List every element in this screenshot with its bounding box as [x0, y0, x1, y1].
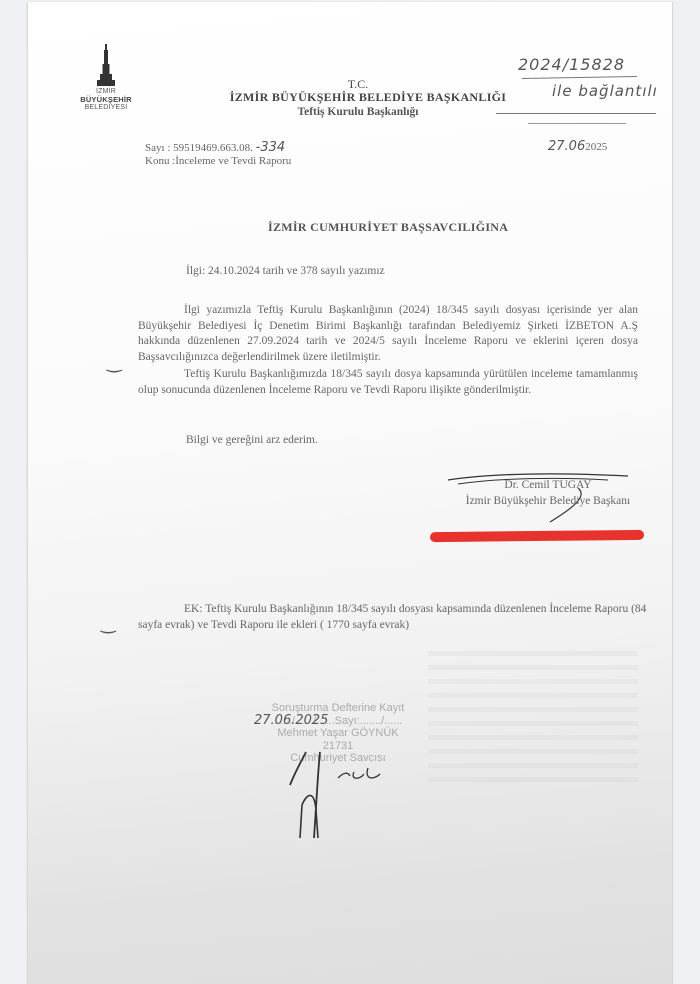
document-date: 27.062025: [548, 138, 607, 154]
header-department: Teftiş Kurulu Başkanlığı: [228, 106, 488, 118]
logo-line-2: BÜYÜKŞEHİR: [78, 96, 134, 104]
red-highlight-underline: [430, 530, 644, 542]
clock-tower-icon: [96, 44, 116, 88]
body-paragraph-1: İlgi yazımızla Teftiş Kurulu Başkanlığın…: [138, 303, 638, 365]
date-year: 2025: [585, 141, 607, 153]
signature-block: Dr. Cemil TUGAY İzmir Büyükşehir Belediy…: [438, 477, 658, 509]
reference-number: Sayı : 59519469.663.08. -334: [145, 140, 285, 155]
sayi-value: : 59519469.663.08.: [167, 142, 253, 154]
margin-mark: ‿: [101, 613, 115, 634]
sayi-handwritten: -334: [256, 140, 286, 155]
handwritten-file-number: 2024/15828: [518, 55, 625, 74]
sayi-label: Sayı: [145, 142, 165, 154]
subject-line: Konu :İnceleme ve Tevdi Raporu: [145, 155, 291, 167]
bleed-through-text: [428, 642, 638, 791]
body-paragraph-2: Teftiş Kurulu Başkanlığımızda 18/345 say…: [138, 367, 638, 398]
konu-value: :İnceleme ve Tevdi Raporu: [172, 155, 291, 167]
stamp-line-3: Mehmet Yaşar GÖYNÜK: [243, 727, 433, 740]
underline: [522, 76, 637, 79]
handwritten-note: ile bağlantılı: [552, 82, 658, 100]
date-handwritten: 27.06: [548, 139, 585, 154]
document-page: İZMİR BÜYÜKŞEHİR BELEDİYESİ T.C. İZMİR B…: [27, 2, 673, 984]
attachment-note: EK: Teftiş Kurulu Başkanlığının 18/345 s…: [138, 601, 658, 633]
signatory-title: İzmir Büyükşehir Belediye Başkanı: [438, 493, 658, 509]
konu-label: Konu: [145, 155, 169, 167]
header-institution: İZMİR BÜYÜKŞEHİR BELEDİYE BAŞKANLIĞI: [218, 90, 518, 105]
signatory-name: Dr. Cemil TUGAY: [438, 477, 658, 493]
underline: [496, 113, 656, 114]
closing-line: Bilgi ve gereğini arz ederim.: [186, 434, 318, 446]
stamp-handwritten-date: 27.06.2025: [254, 713, 328, 728]
municipality-logo: İZMİR BÜYÜKŞEHİR BELEDİYESİ: [78, 44, 134, 112]
margin-mark: ‿: [107, 352, 121, 373]
addressee: İZMİR CUMHURİYET BAŞSAVCILIĞINA: [268, 220, 508, 235]
prosecutor-signature-icon: [288, 750, 408, 840]
reference-ilgi: İlgi: 24.10.2024 tarih ve 378 sayılı yaz…: [186, 265, 385, 277]
logo-line-3: BELEDİYESİ: [78, 104, 134, 112]
underline: [528, 123, 626, 124]
